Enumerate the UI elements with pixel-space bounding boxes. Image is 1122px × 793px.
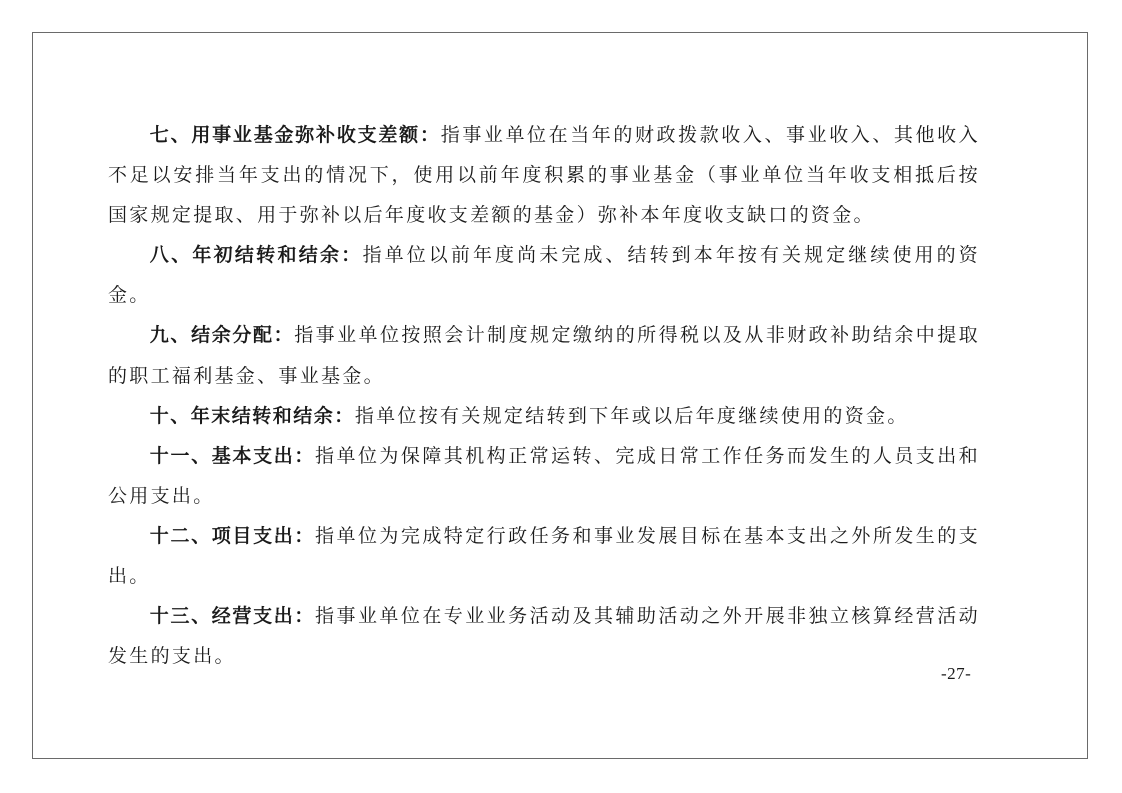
document-body: 七、用事业基金弥补收支差额：指事业单位在当年的财政拨款收入、事业收入、其他收入不… — [108, 115, 980, 676]
definition-term: 十二、项目支出： — [150, 525, 315, 547]
definition-paragraph-13: 十三、经营支出：指事业单位在专业业务活动及其辅助活动之外开展非独立核算经营活动发… — [108, 596, 980, 676]
definition-paragraph-7: 七、用事业基金弥补收支差额：指事业单位在当年的财政拨款收入、事业收入、其他收入不… — [108, 115, 980, 235]
definition-term: 九、结余分配： — [150, 324, 294, 346]
definition-term: 十一、基本支出： — [150, 445, 315, 467]
definition-paragraph-11: 十一、基本支出：指单位为保障其机构正常运转、完成日常工作任务而发生的人员支出和公… — [108, 436, 980, 516]
definition-paragraph-12: 十二、项目支出：指单位为完成特定行政任务和事业发展目标在基本支出之外所发生的支出… — [108, 516, 980, 596]
definition-term: 八、年初结转和结余： — [150, 244, 363, 266]
page-number: -27- — [941, 664, 971, 684]
definition-paragraph-10: 十、年末结转和结余：指单位按有关规定结转到下年或以后年度继续使用的资金。 — [108, 396, 980, 436]
definition-term: 十、年末结转和结余： — [150, 405, 355, 427]
definition-term: 七、用事业基金弥补收支差额： — [150, 124, 441, 146]
definition-term: 十三、经营支出： — [150, 605, 315, 627]
definition-paragraph-8: 八、年初结转和结余：指单位以前年度尚未完成、结转到本年按有关规定继续使用的资金。 — [108, 235, 980, 315]
definition-paragraph-9: 九、结余分配：指事业单位按照会计制度规定缴纳的所得税以及从非财政补助结余中提取的… — [108, 315, 980, 395]
definition-text: 指单位按有关规定结转到下年或以后年度继续使用的资金。 — [355, 405, 909, 427]
